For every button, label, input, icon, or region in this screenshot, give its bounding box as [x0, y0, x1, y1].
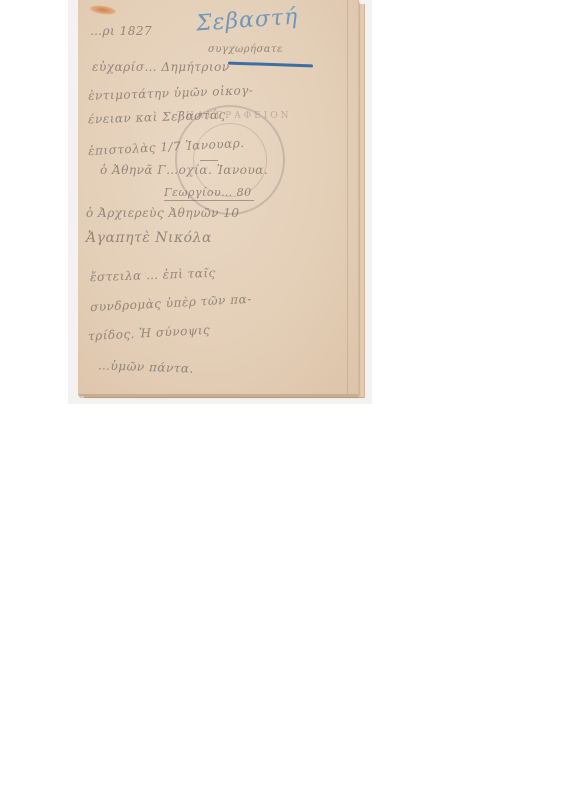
- text-line-3: εὐχαρίσ… Δημήτριον: [92, 60, 230, 74]
- text-line-11: ἔστειλα … ἐπὶ ταῖς: [90, 266, 216, 284]
- text-line-14: …ὑμῶν πάντα.: [98, 358, 194, 375]
- stain-mark: [90, 4, 117, 16]
- text-line-2: συγχωρήσατε: [208, 44, 283, 55]
- fraction-bar: [200, 160, 218, 161]
- underline-rule: [164, 200, 254, 201]
- blue-underline: [228, 62, 313, 68]
- text-line-9: ὁ Ἀρχιερεὺς Ἀθηνῶν 10: [86, 206, 240, 220]
- text-line-12: συνδρομὰς ὑπὲρ τῶν πα-: [90, 292, 252, 314]
- text-line-8: Γεωργίου… 80: [164, 186, 252, 199]
- text-line-13: τρίδος. Ἡ σύνοψις: [88, 323, 211, 343]
- text-line-4: ἐντιμοτάτην ὑμῶν οἰκογ-: [88, 83, 254, 103]
- text-line-1: …ρι 1827: [90, 24, 152, 38]
- handwritten-document: ΤΗΛΕΓΡΑΦΕΙΟΝ Σεβαστή …ρι 1827 συγχωρήσατ…: [78, 0, 359, 396]
- text-line-10: Ἀγαπητὲ Νικόλα: [86, 230, 212, 246]
- blue-heading: Σεβαστή: [195, 4, 299, 36]
- page: ΤΗΛΕΓΡΑΦΕΙΟΝ Σεβαστή …ρι 1827 συγχωρήσατ…: [0, 0, 565, 800]
- text-line-7: ὁ Ἀθηνᾶ Γ…οχία. Ἰανουα.: [100, 163, 268, 177]
- fold-line: [347, 0, 348, 394]
